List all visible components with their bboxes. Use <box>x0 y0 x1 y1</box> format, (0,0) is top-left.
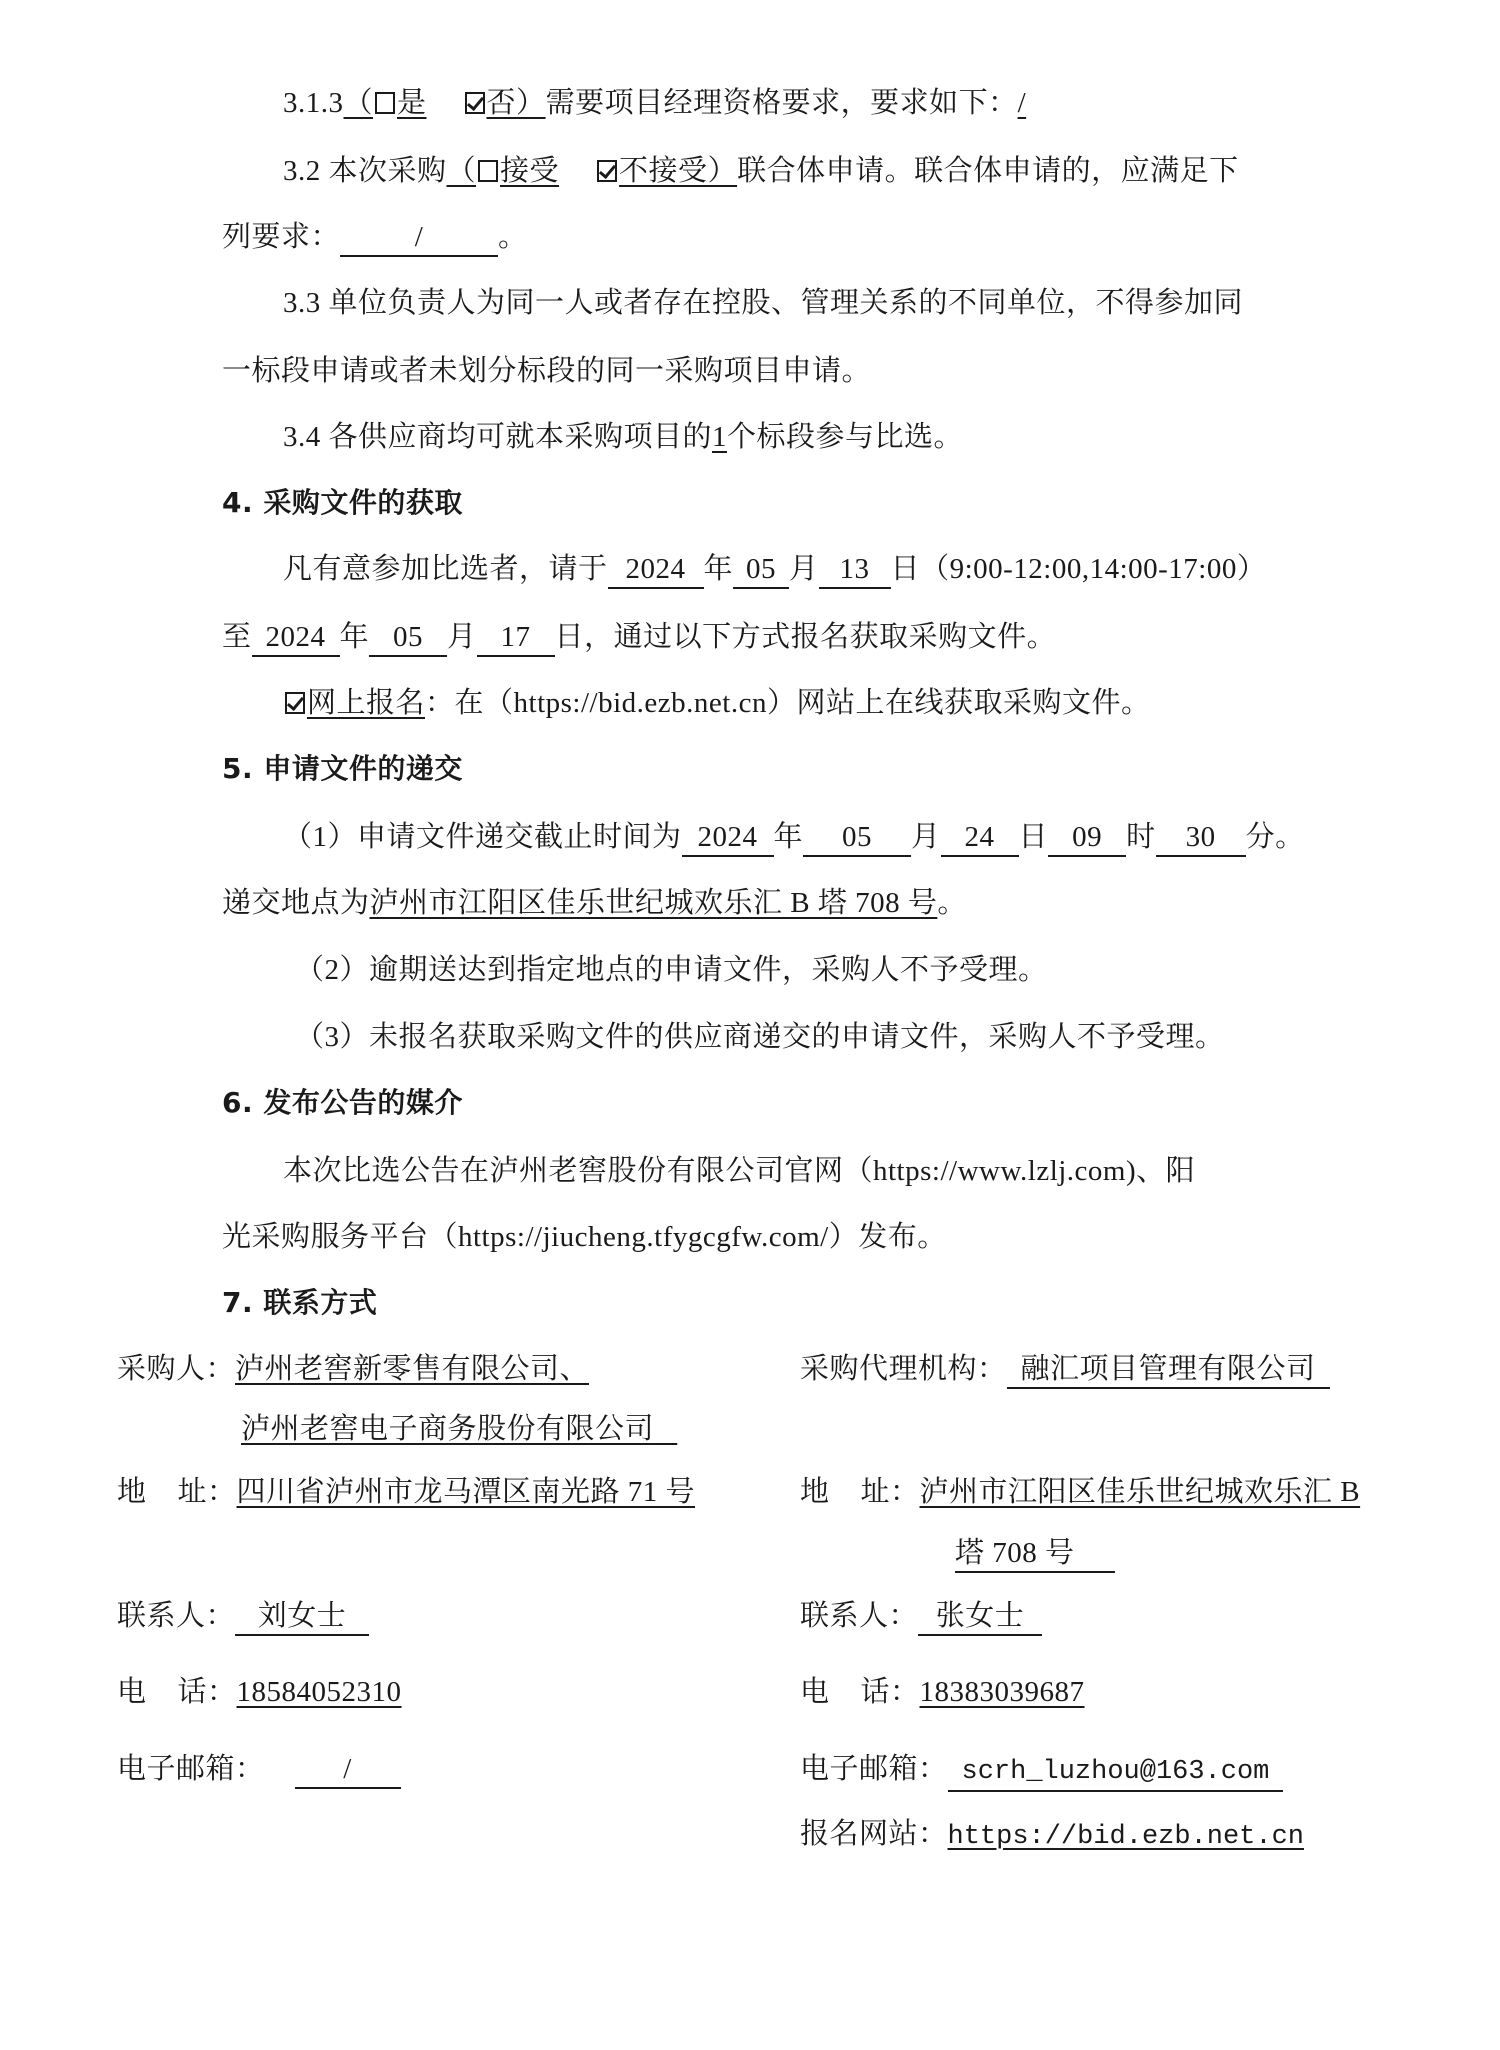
agency-website: 报名网站：https://bid.ezb.net.cn <box>800 1814 1304 1857</box>
buyer-name-cont: 泸州老窖电子商务股份有限公司 <box>241 1409 677 1449</box>
deadline-minute: 30 <box>1156 819 1246 857</box>
agency-website-link[interactable]: https://bid.ezb.net.cn <box>948 1822 1304 1852</box>
buyer-email: 电子邮箱：/ <box>117 1749 401 1789</box>
section-4-heading: 4. 采购文件的获取 <box>222 483 463 523</box>
buyer-email-value: / <box>295 1751 401 1789</box>
deadline-year: 2024 <box>682 819 774 857</box>
start-day: 13 <box>819 551 891 589</box>
section-6-heading: 6. 发布公告的媒介 <box>222 1083 463 1123</box>
deadline-month: 05 <box>803 819 911 857</box>
buyer-name-line1: 泸州老窖新零售有限公司、 <box>235 1353 589 1385</box>
end-year: 2024 <box>252 619 340 657</box>
buyer-name: 采购人：泸州老窖新零售有限公司、 <box>117 1349 589 1389</box>
checkbox-yes-icon <box>375 92 395 114</box>
clause-3-3: 3.3 单位负责人为同一人或者存在控股、管理关系的不同单位，不得参加同 <box>283 283 1243 323</box>
submission-place: 递交地点为泸州市江阳区佳乐世纪城欢乐汇 B 塔 708 号。 <box>222 883 967 923</box>
agency-address-line2: 塔 708 号 <box>955 1535 1115 1573</box>
start-year: 2024 <box>608 551 704 589</box>
buyer-address-value: 四川省泸州市龙马潭区南光路 71 号 <box>237 1476 696 1508</box>
agency-email: 电子邮箱：scrh_luzhou@163.com <box>800 1749 1283 1792</box>
agency-address: 地 址：泸州市江阳区佳乐世纪城欢乐汇 B <box>800 1472 1360 1512</box>
doc-acquisition-period: 凡有意参加比选者，请于2024年05月13日（9:00-12:00,14:00-… <box>283 549 1266 589</box>
submission-note-3: （3）未报名获取采购文件的供应商递交的申请文件，采购人不予受理。 <box>295 1017 1225 1057</box>
agency-name-value: 融汇项目管理有限公司 <box>1007 1351 1330 1389</box>
pm-qualification-choice: （是否） <box>344 87 546 119</box>
buyer-name-line2: 泸州老窖电子商务股份有限公司 <box>241 1413 654 1445</box>
clause-number: 3.1.3 <box>283 87 344 119</box>
clause-3-2: 3.2 本次采购（接受不接受）联合体申请。联合体申请的，应满足下 <box>283 151 1239 191</box>
agency-contact-value: 张女士 <box>918 1598 1042 1636</box>
agency-contact: 联系人：张女士 <box>800 1596 1042 1636</box>
agency-name: 采购代理机构：融汇项目管理有限公司 <box>800 1349 1330 1389</box>
pm-requirement-value: / <box>1018 87 1027 119</box>
doc-acquisition-end: 至2024年05月17日，通过以下方式报名获取采购文件。 <box>222 617 1056 657</box>
clause-3-2-cont: 列要求：/。 <box>222 217 528 257</box>
publication-media-line1: 本次比选公告在泸州老窖股份有限公司官网（https://www.lzlj.com… <box>283 1151 1195 1191</box>
agency-phone: 电 话：18383039687 <box>800 1672 1085 1712</box>
start-month: 05 <box>733 551 789 589</box>
buyer-contact-value: 刘女士 <box>235 1598 369 1636</box>
publication-media-line2: 光采购服务平台（https://jiucheng.tfygcgfw.com/）发… <box>222 1217 947 1257</box>
submission-deadline: （1）申请文件递交截止时间为2024年05月24日09时30分。 <box>283 817 1305 857</box>
consortium-choice: （接受不接受） <box>447 155 738 187</box>
consortium-requirement-value: / <box>340 219 498 257</box>
clause-3-3-cont: 一标段申请或者未划分标段的同一采购项目申请。 <box>222 351 871 391</box>
buyer-address: 地 址：四川省泸州市龙马潭区南光路 71 号 <box>117 1472 695 1512</box>
checkbox-reject-checked-icon <box>597 160 617 182</box>
checkbox-online-checked-icon <box>285 692 305 714</box>
end-month: 05 <box>369 619 447 657</box>
submission-note-2: （2）逾期送达到指定地点的申请文件，采购人不予受理。 <box>295 950 1048 990</box>
submission-address: 泸州市江阳区佳乐世纪城欢乐汇 B 塔 708 号 <box>370 887 938 919</box>
clause-3-1-3: 3.1.3（是否）需要项目经理资格要求，要求如下：/ <box>283 83 1026 123</box>
checkbox-no-checked-icon <box>465 92 485 114</box>
lot-count: 1 <box>712 421 727 453</box>
buyer-phone-value: 18584052310 <box>237 1676 402 1708</box>
buyer-phone: 电 话：18584052310 <box>117 1672 402 1712</box>
agency-email-value[interactable]: scrh_luzhou@163.com <box>948 1754 1284 1792</box>
section-5-heading: 5. 申请文件的递交 <box>222 749 463 789</box>
agency-address-cont: 塔 708 号 <box>955 1533 1115 1573</box>
agency-address-line1: 泸州市江阳区佳乐世纪城欢乐汇 B <box>920 1476 1361 1508</box>
online-registration: 网上报名：在（https://bid.ezb.net.cn）网站上在线获取采购文… <box>283 683 1150 723</box>
section-7-heading: 7. 联系方式 <box>222 1283 377 1323</box>
deadline-day: 24 <box>941 819 1019 857</box>
buyer-contact: 联系人：刘女士 <box>117 1596 369 1636</box>
end-day: 17 <box>477 619 555 657</box>
clause-3-4: 3.4 各供应商均可就本采购项目的1个标段参与比选。 <box>283 417 963 457</box>
checkbox-accept-icon <box>478 160 498 182</box>
agency-phone-value: 18383039687 <box>920 1676 1085 1708</box>
deadline-hour: 09 <box>1048 819 1126 857</box>
